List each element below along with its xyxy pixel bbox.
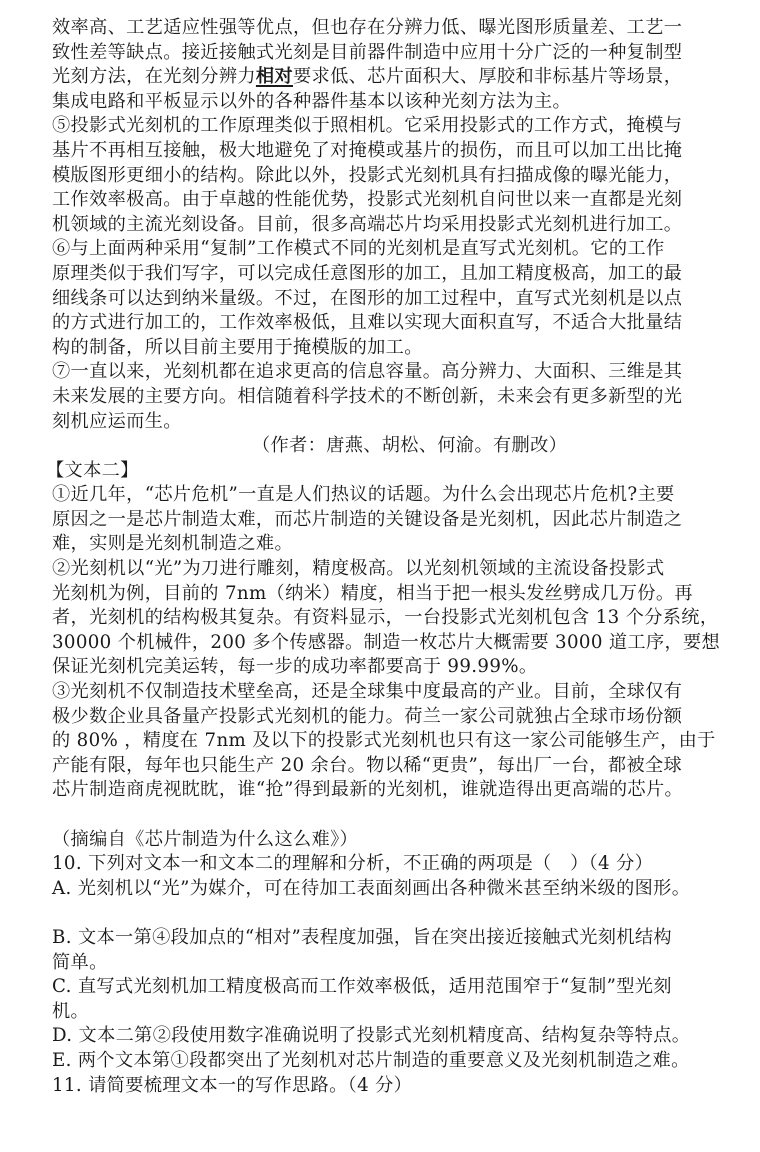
- text-line: 极少数企业具备量产投影式光刻机的能力。荷兰一家公司就独占全球市场份额: [52, 705, 712, 730]
- text1-para7: ⑦一直以来，光刻机都在追求更高的信息容量。高分辨力、大面积、三维是其 未来发展的…: [52, 360, 712, 434]
- blank-line: [52, 901, 712, 926]
- text-line: B. 文本一第④段加点的“相对”表程度加强，旨在突出接近接触式光刻机结构: [52, 926, 712, 951]
- text-line: 光刻机为例，目前的 7nm（纳米）精度，相当于把一根头发丝劈成几万份。再: [52, 582, 712, 607]
- text2-para2: ②光刻机以“光”为刀进行雕刻，精度极高。以光刻机领域的主流设备投影式 光刻机为例…: [52, 557, 712, 680]
- text-line: 模版图形更细小的结构。除此以外，投影式光刻机具有扫描成像的曝光能力，: [52, 164, 712, 189]
- text1-attribution: （作者：唐燕、胡松、何渝。有删改）: [52, 434, 712, 459]
- text-line: ⑤投影式光刻机的工作原理类似于照相机。它采用投影式的工作方式，掩模与: [52, 114, 712, 139]
- text-line: 30000 个机械件，200 多个传感器。制造一枚芯片大概需要 3000 道工序…: [52, 631, 712, 656]
- text-line: 光刻方法，在光刻分辨力相对要求低、芯片面积大、厚胶和非标基片等场景，: [52, 65, 712, 90]
- text-line: 刻机应运而生。: [52, 410, 712, 435]
- text-line: 产能有限，每年也只能生产 20 余台。物以稀“更贵”，每出厂一台，都被全球: [52, 754, 712, 779]
- text-segment: 光刻方法，在光刻分辨力: [52, 66, 256, 87]
- exam-page: 效率高、工艺适应性强等优点，但也存在分辨力低、曝光图形质量差、工艺一 致性差等缺…: [52, 16, 712, 1098]
- question-10-option-b: B. 文本一第④段加点的“相对”表程度加强，旨在突出接近接触式光刻机结构 简单。: [52, 926, 712, 975]
- text-line: 的方式进行加工的，工作效率极低，且难以实现大面积直写，不适合大批量结: [52, 311, 712, 336]
- text-line: 未来发展的主要方向。相信随着科学技术的不断创新，未来会有更多新型的光: [52, 385, 712, 410]
- text-line: 基片不再相互接触，极大地避免了对掩模或基片的损伤，而且可以加工出比掩: [52, 139, 712, 164]
- question-10-option-c: C. 直写式光刻机加工精度极高而工作效率极低，适用范围窄于“复制”型光刻 机。: [52, 975, 712, 1024]
- blank-line: [52, 803, 712, 828]
- text2-source: （摘编自《芯片制造为什么这么难》）: [52, 828, 712, 853]
- text1-para4: 效率高、工艺适应性强等优点，但也存在分辨力低、曝光图形质量差、工艺一 致性差等缺…: [52, 16, 712, 114]
- text-line: 效率高、工艺适应性强等优点，但也存在分辨力低、曝光图形质量差、工艺一: [52, 16, 712, 41]
- text-line: 的 80% ，精度在 7nm 及以下的投影式光刻机也只有这一家公司能够生产，由于: [52, 729, 712, 754]
- text-line: ③光刻机不仅制造技术壁垒高，还是全球集中度最高的产业。目前，全球仅有: [52, 680, 712, 705]
- text-line: 致性差等缺点。接近接触式光刻是目前器件制造中应用十分广泛的一种复制型: [52, 41, 712, 66]
- question-10-option-a: A. 光刻机以“光”为媒介，可在待加工表面刻画出各种微米甚至纳米级的图形。: [52, 877, 712, 902]
- text-line: 集成电路和平板显示以外的各种器件基本以该种光刻方法为主。: [52, 90, 712, 115]
- question-10-option-d: D. 文本二第②段使用数字准确说明了投影式光刻机精度高、结构复杂等特点。: [52, 1024, 712, 1049]
- text-line: 机领域的主流光刻设备。目前，很多高端芯片均采用投影式光刻机进行加工。: [52, 213, 712, 238]
- question-10-stem: 10. 下列对文本一和文本二的理解和分析，不正确的两项是（ ）（4 分）: [52, 852, 712, 877]
- question-11-stem: 11. 请简要梳理文本一的写作思路。（4 分）: [52, 1074, 712, 1099]
- text2-header: 【文本二】: [46, 459, 712, 484]
- text-line: ⑦一直以来，光刻机都在追求更高的信息容量。高分辨力、大面积、三维是其: [52, 360, 712, 385]
- text-line: 细线条可以达到纳米量级。不过，在图形的加工过程中，直写式光刻机是以点: [52, 287, 712, 312]
- text-line: 工作效率极高。由于卓越的性能优势，投影式光刻机自问世以来一直都是光刻: [52, 188, 712, 213]
- text-line: 机。: [52, 1000, 712, 1025]
- text-line: C. 直写式光刻机加工精度极高而工作效率极低，适用范围窄于“复制”型光刻: [52, 975, 712, 1000]
- text1-para5: ⑤投影式光刻机的工作原理类似于照相机。它采用投影式的工作方式，掩模与 基片不再相…: [52, 114, 712, 237]
- text-line: 原因之一是芯片制造太难，而芯片制造的关键设备是光刻机，因此芯片制造之: [52, 508, 712, 533]
- text-line: 者，光刻机的结构极其复杂。有资料显示，一台投影式光刻机包含 13 个分系统，: [52, 606, 712, 631]
- emphasized-word-xiangdui: 相对: [256, 66, 293, 87]
- text-line: 简单。: [52, 951, 712, 976]
- question-10-option-e: E. 两个文本第①段都突出了光刻机对芯片制造的重要意义及光刻机制造之难。: [52, 1049, 712, 1074]
- text1-para6: ⑥与上面两种采用“复制”工作模式不同的光刻机是直写式光刻机。它的工作 原理类似于…: [52, 237, 712, 360]
- text-line: 原理类似于我们写字，可以完成任意图形的加工，且加工精度极高，加工的最: [52, 262, 712, 287]
- text-line: 构的制备，所以目前主要用于掩模版的加工。: [52, 336, 712, 361]
- text-segment: 要求低、芯片面积大、厚胶和非标基片等场景，: [293, 66, 682, 87]
- text2-para1: ①近几年，“芯片危机”一直是人们热议的话题。为什么会出现芯片危机?主要 原因之一…: [52, 483, 712, 557]
- text-line: 难，实则是光刻机制造之难。: [52, 532, 712, 557]
- text-line: ①近几年，“芯片危机”一直是人们热议的话题。为什么会出现芯片危机?主要: [52, 483, 712, 508]
- text2-para3: ③光刻机不仅制造技术壁垒高，还是全球集中度最高的产业。目前，全球仅有 极少数企业…: [52, 680, 712, 803]
- text-line: 芯片制造商虎视眈眈，谁“抢”得到最新的光刻机，谁就造得出更高端的芯片。: [52, 778, 712, 803]
- text-line: ⑥与上面两种采用“复制”工作模式不同的光刻机是直写式光刻机。它的工作: [52, 237, 712, 262]
- text-line: 保证光刻机完美运转，每一步的成功率都要高于 99.99%。: [52, 655, 712, 680]
- text-line: ②光刻机以“光”为刀进行雕刻，精度极高。以光刻机领域的主流设备投影式: [52, 557, 712, 582]
